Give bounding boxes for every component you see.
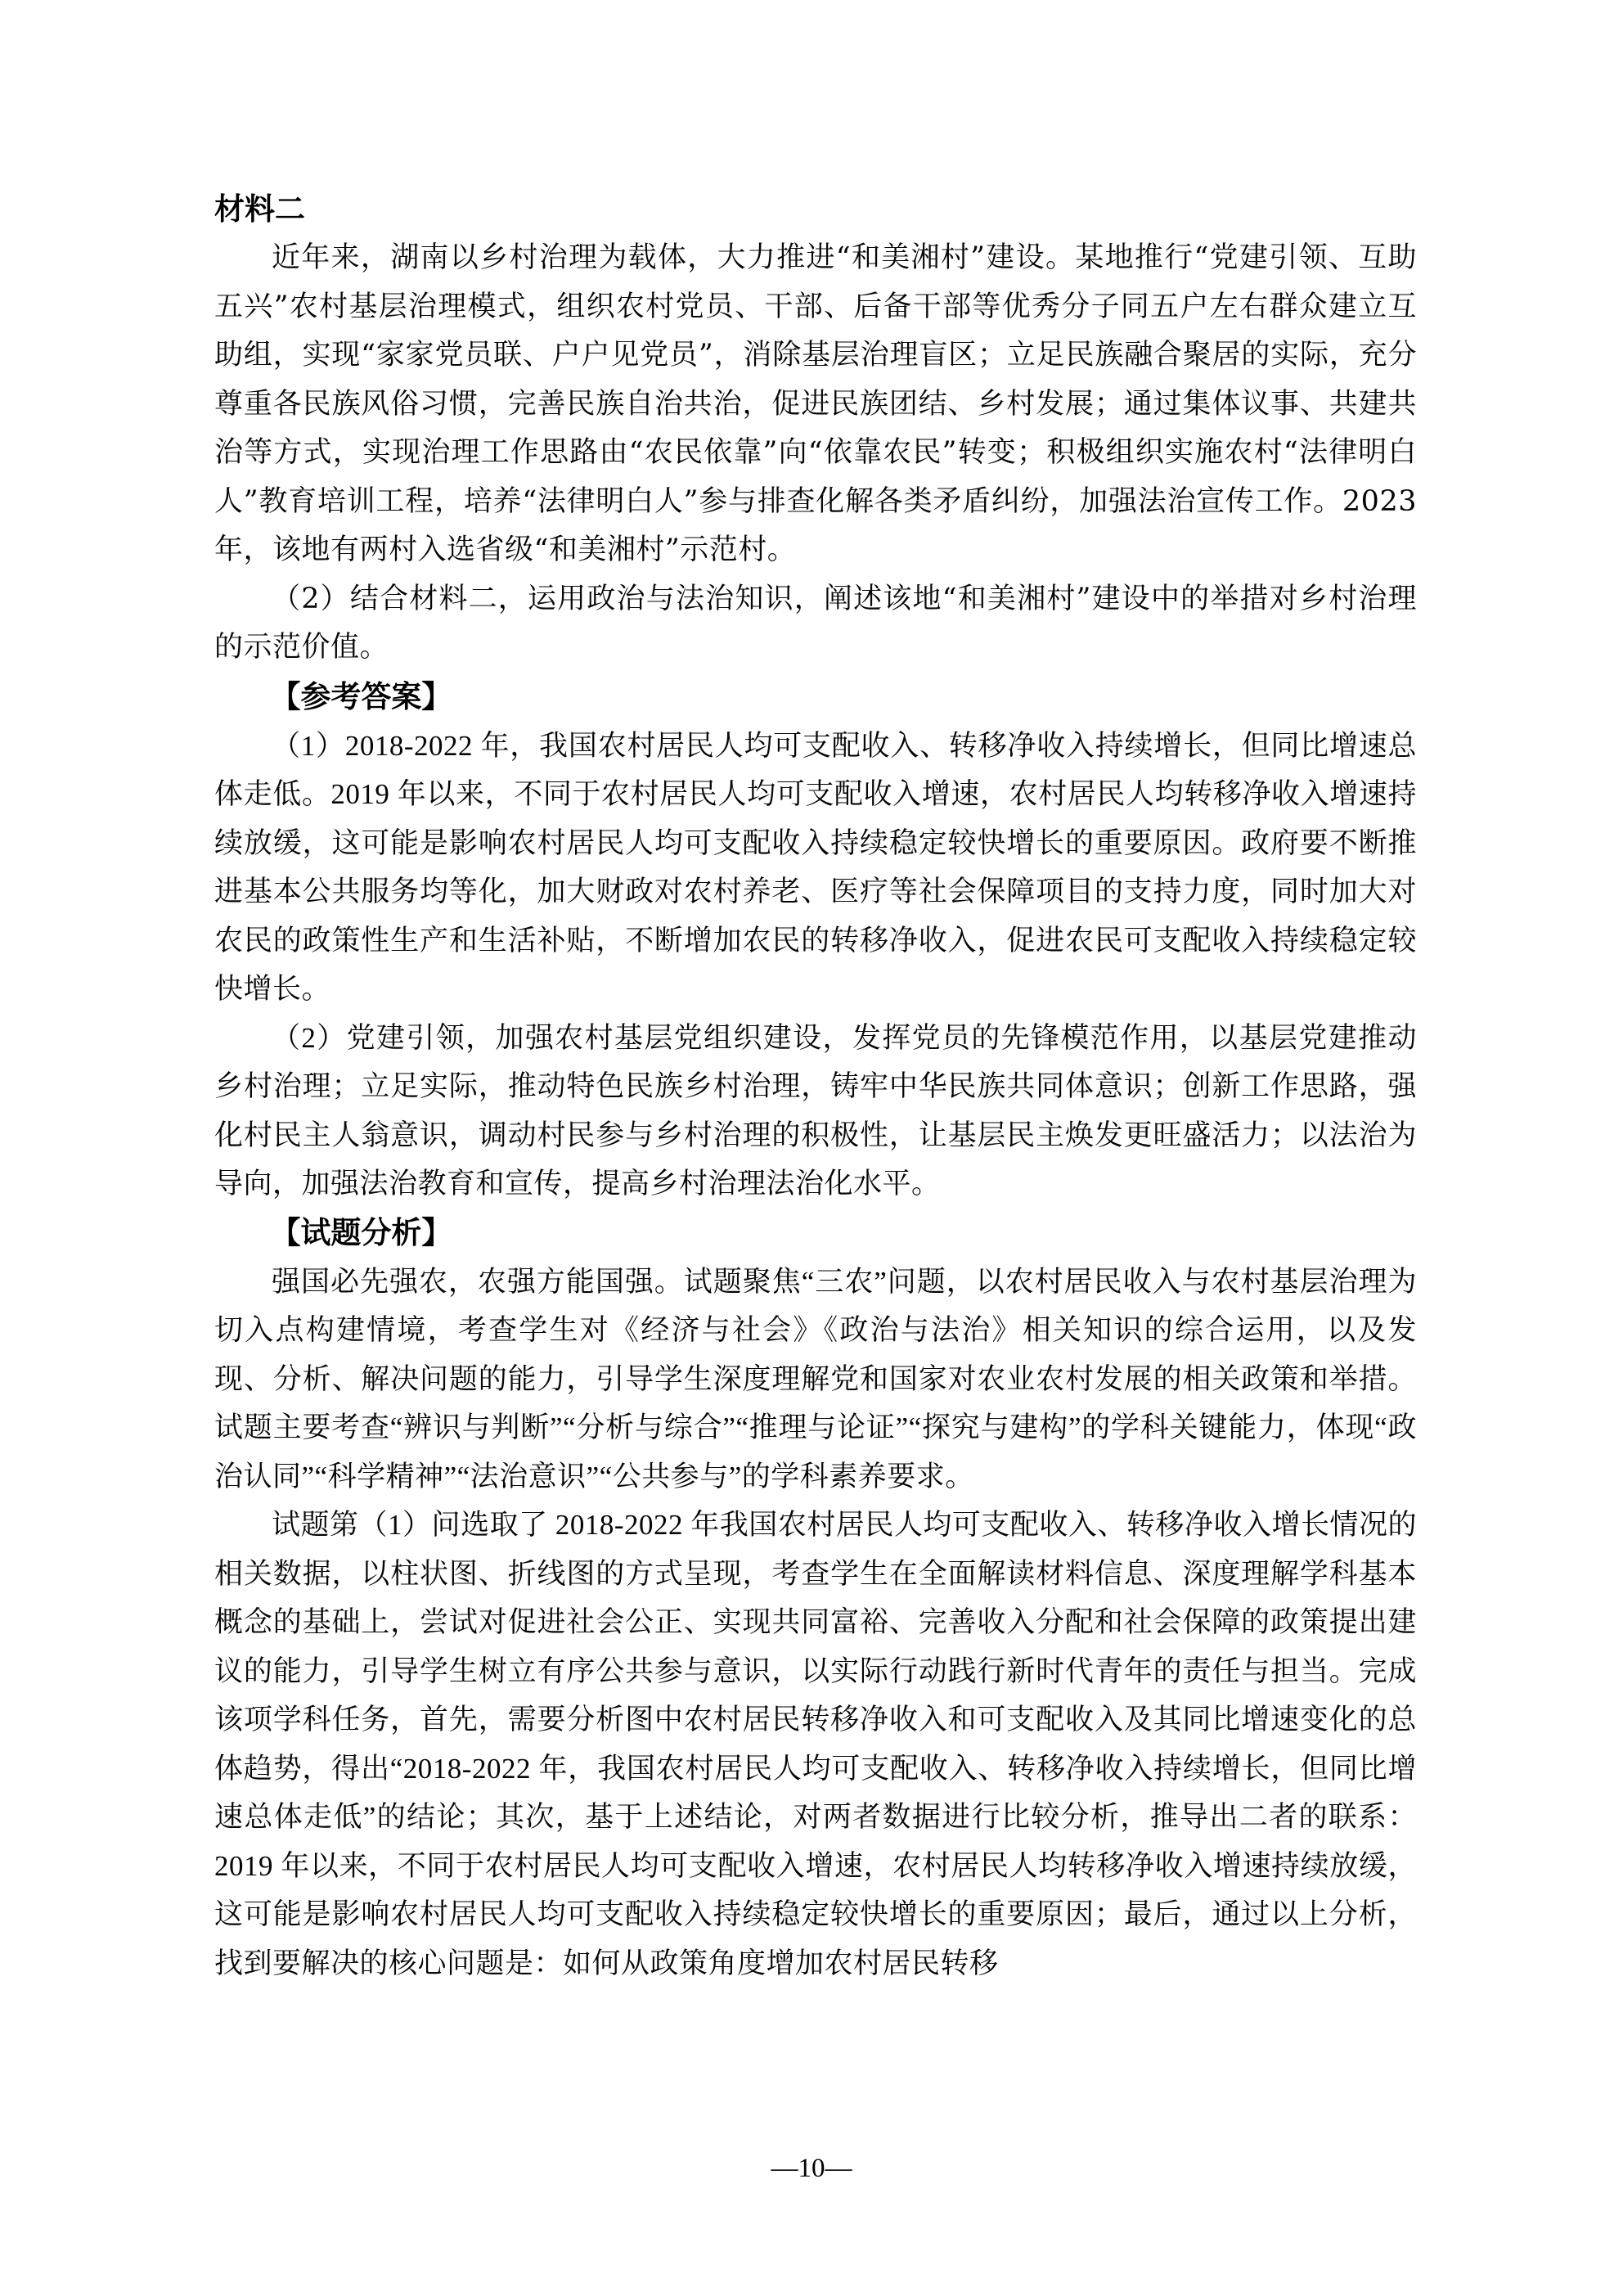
- reference-answer-heading: 【参考答案】: [214, 673, 1417, 722]
- material-2-paragraph: 近年来，湖南以乡村治理为载体，大力推进“和美湘村”建设。某地推行“党建引领、互助…: [214, 234, 1417, 575]
- question-analysis-heading: 【试题分析】: [214, 1209, 1417, 1258]
- text-block: 材料二 近年来，湖南以乡村治理为载体，大力推进“和美湘村”建设。某地推行“党建引…: [214, 185, 1417, 1988]
- answer-1-paragraph: （1）2018-2022 年，我国农村居民人均可支配收入、转移净收入持续增长，但…: [214, 722, 1417, 1014]
- analysis-paragraph-1: 强国必先强农，农强方能国强。试题聚焦“三农”问题，以农村居民收入与农村基层治理为…: [214, 1258, 1417, 1501]
- question-2-paragraph: （2）结合材料二，运用政治与法治知识，阐述该地“和美湘村”建设中的举措对乡村治理…: [214, 575, 1417, 673]
- material-2-heading: 材料二: [214, 185, 1417, 234]
- analysis-paragraph-2: 试题第（1）问选取了 2018-2022 年我国农村居民人均可支配收入、转移净收…: [214, 1501, 1417, 1988]
- document-page: 材料二 近年来，湖南以乡村治理为载体，大力推进“和美湘村”建设。某地推行“党建引…: [0, 0, 1623, 2296]
- answer-2-paragraph: （2）党建引领，加强农村基层党组织建设，发挥党员的先锋模范作用，以基层党建推动乡…: [214, 1014, 1417, 1209]
- page-number: —10—: [0, 2154, 1623, 2184]
